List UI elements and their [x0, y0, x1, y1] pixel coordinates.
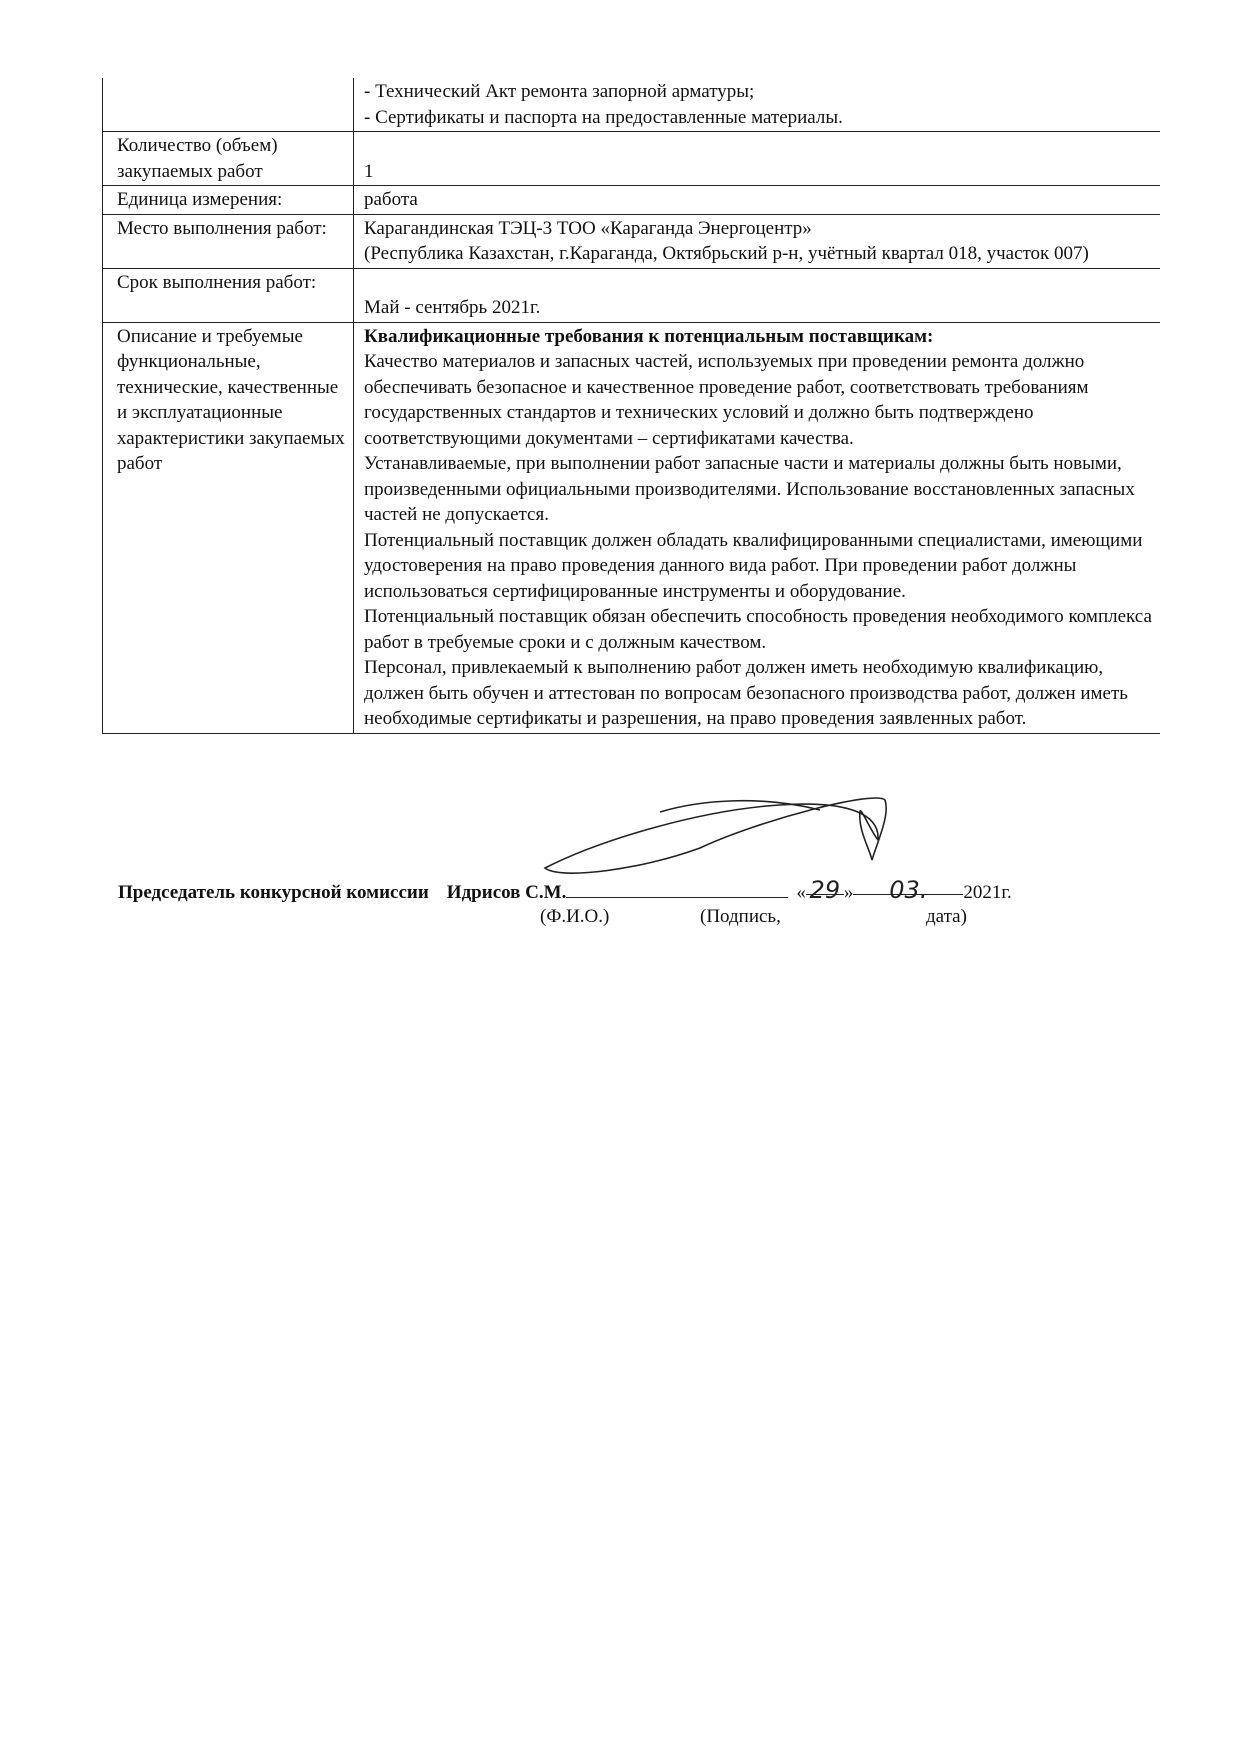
date-year: 2021г. — [963, 882, 1011, 904]
chairman-title: Председатель конкурсной комиссии — [118, 882, 429, 904]
date-day: 29 — [806, 876, 844, 895]
date-month: 03. — [853, 876, 963, 895]
chairman-name: Идрисов С.М. — [447, 882, 567, 904]
handwritten-signature-icon — [0, 0, 1240, 900]
caption-signature: (Подпись, — [700, 906, 781, 928]
document-page: - Технический Акт ремонта запорной армат… — [0, 0, 1240, 1754]
caption-fio: (Ф.И.О.) — [540, 906, 609, 928]
signature-block: Председатель конкурсной комиссии Идрисов… — [118, 876, 1158, 932]
caption-date: дата) — [926, 906, 967, 928]
signature-line — [566, 879, 788, 898]
